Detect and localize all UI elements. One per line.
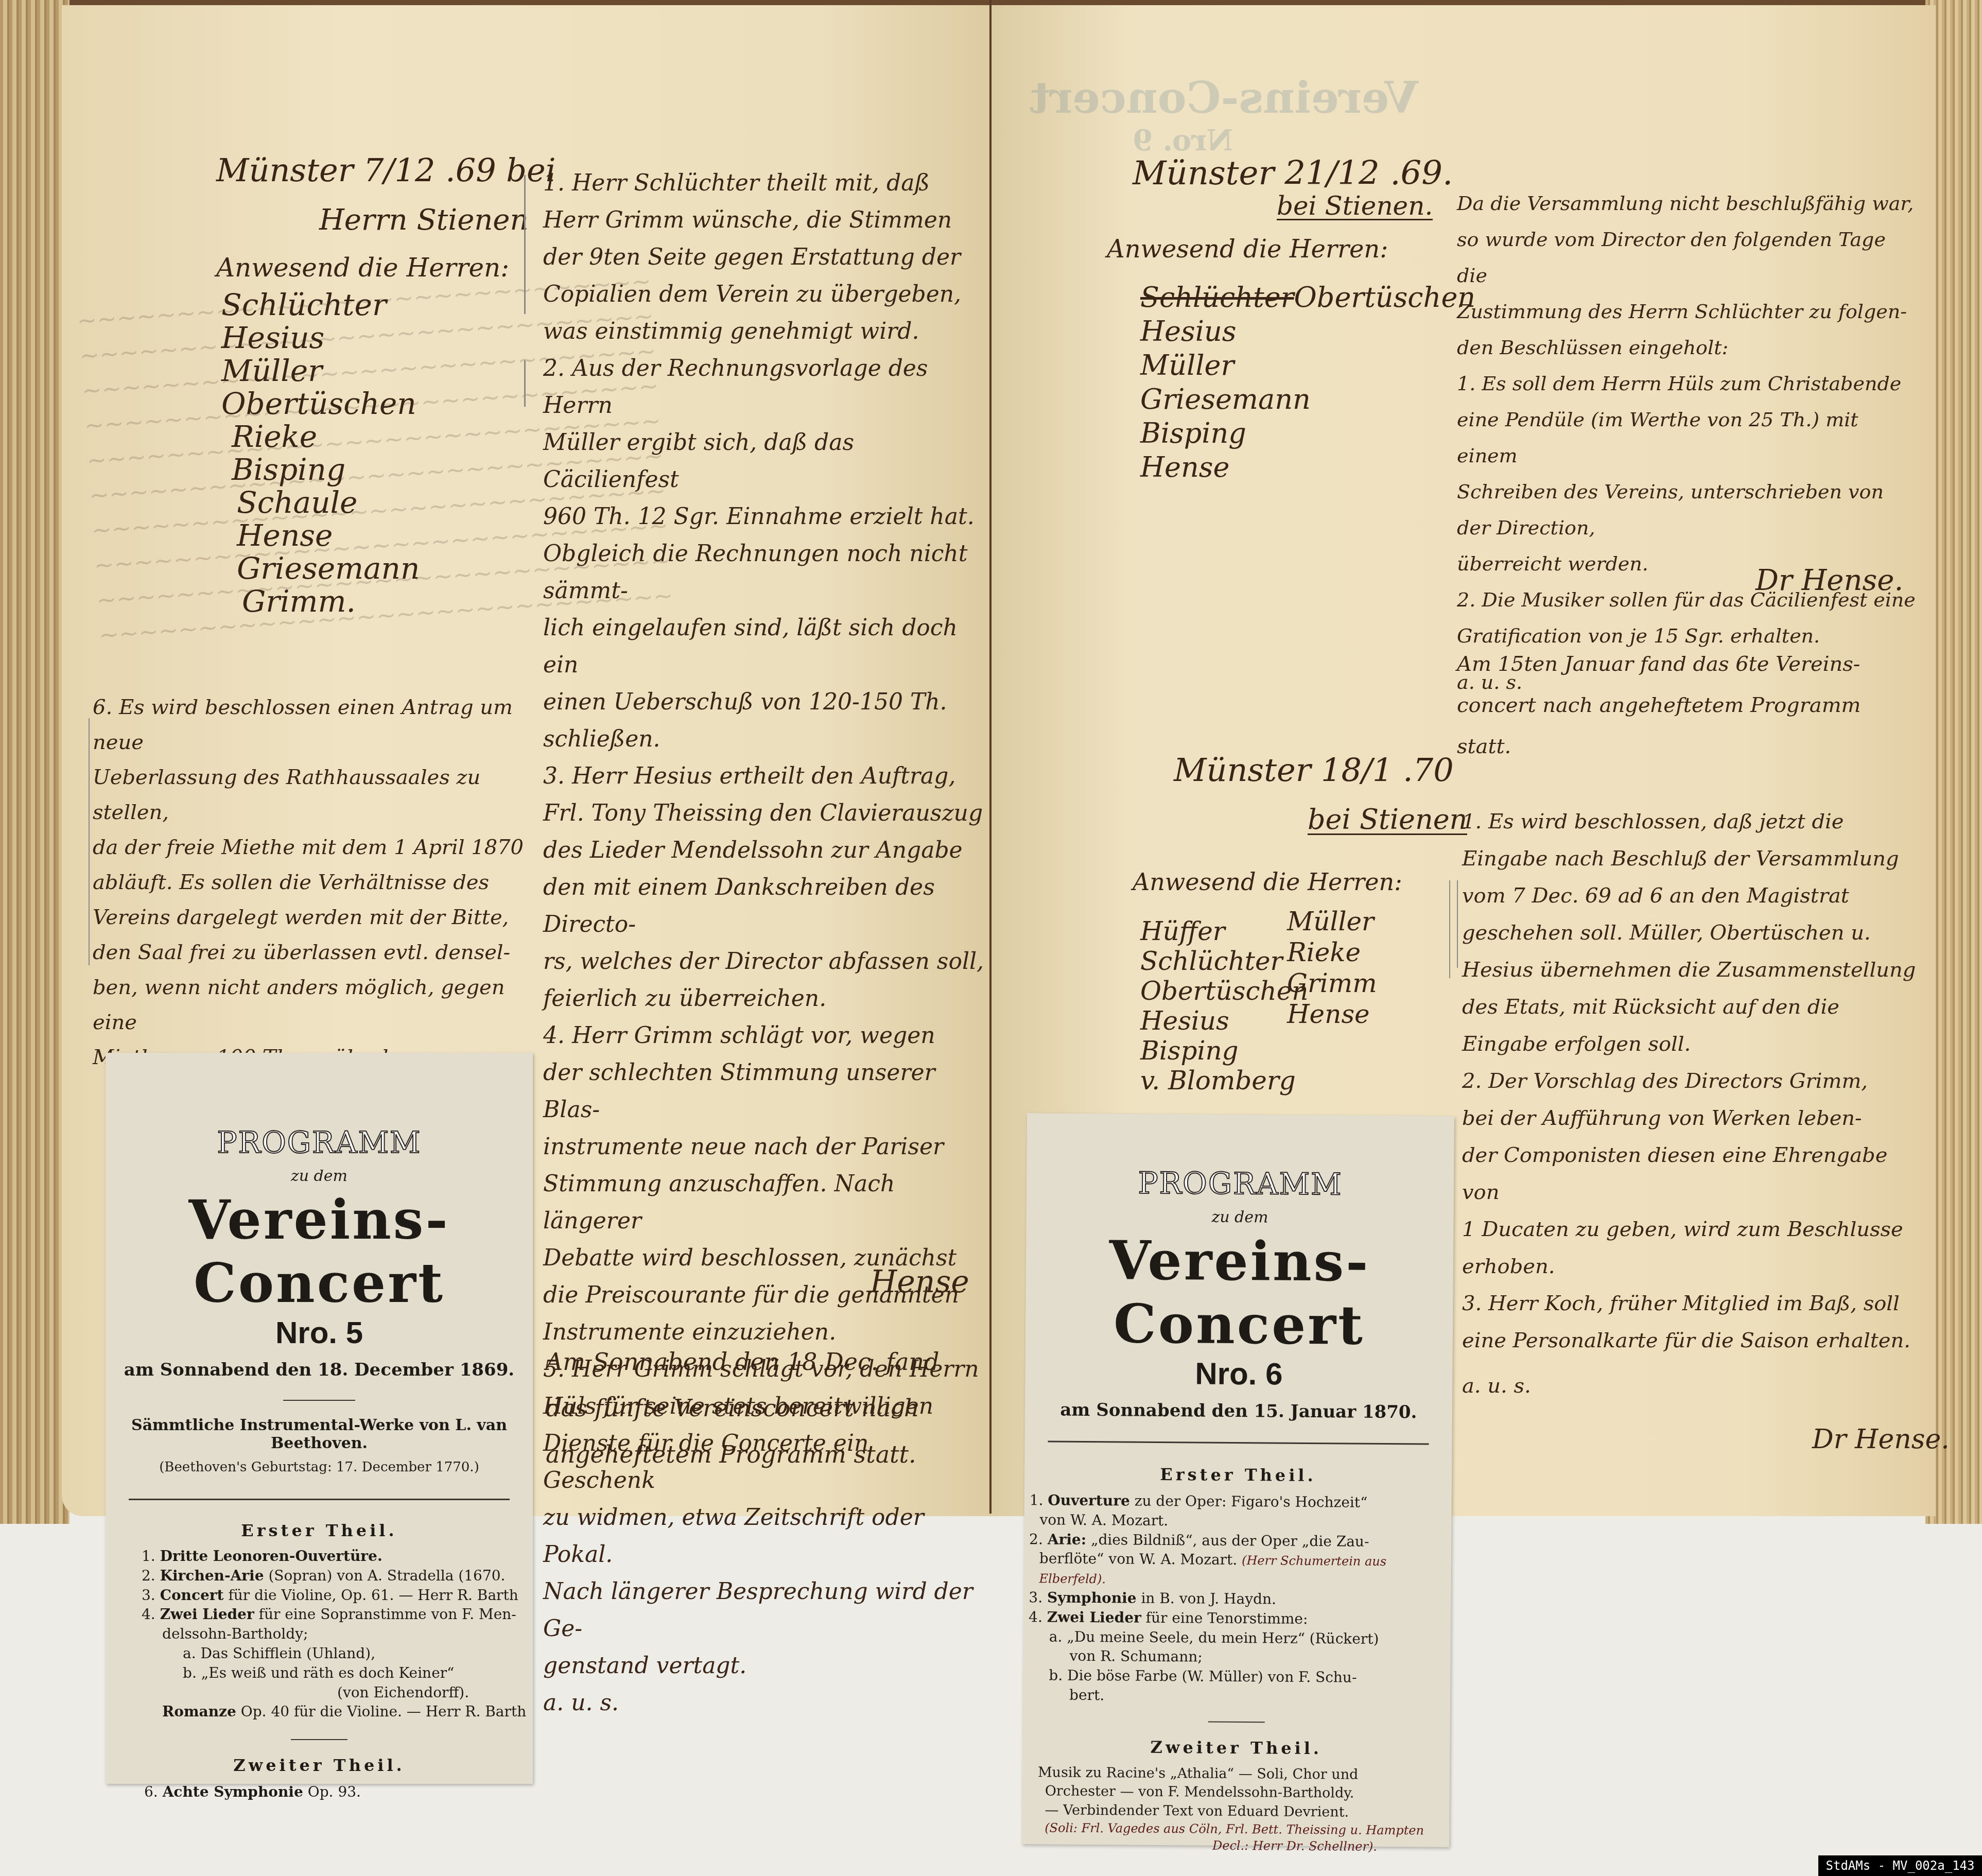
minutes-3-attendance-label: Anwesend die Herren: xyxy=(1133,870,1402,894)
programme-subheading: zu dem xyxy=(106,1167,533,1185)
programme-item: bert. xyxy=(1028,1685,1450,1708)
minutes-line: Frl. Tony Theissing den Clavierauszug xyxy=(543,795,986,832)
attendee: Grimm xyxy=(1287,968,1377,999)
minutes-line: so wurde vom Director den folgenden Tage… xyxy=(1457,221,1920,293)
minutes-2-heading: Münster 21/12 .69. xyxy=(1133,157,1453,190)
minutes-3-text: 1. Es wird beschlossen, daß jetzt die Ei… xyxy=(1462,803,1925,1404)
attendee: Grimm. xyxy=(221,585,420,618)
minutes-line: den mit einem Dankschreiben des Directo- xyxy=(543,869,986,943)
minutes-line: Am Sonnabend den 18 Dec. fand xyxy=(546,1339,988,1385)
divider xyxy=(1048,1440,1429,1445)
minutes-line: erhoben. xyxy=(1462,1248,1925,1285)
minutes-line: geschehen soll. Müller, Obertüschen u. xyxy=(1462,914,1925,951)
minutes-1-attendance-label: Anwesend die Herren: xyxy=(216,255,509,281)
minutes-line: Herr Grimm wünsche, die Stimmen xyxy=(543,202,986,239)
programme-date: am Sonnabend den 18. December 1869. xyxy=(106,1360,533,1380)
programme-item: a. „Du meine Seele, du mein Herz“ (Rücke… xyxy=(1029,1627,1451,1649)
attendee: Hesius xyxy=(1140,1006,1308,1036)
minutes-line: Stimmung anzuschaffen. Nach längerer xyxy=(543,1166,986,1240)
minutes-line: 2. Der Vorschlag des Directors Grimm, xyxy=(1462,1063,1925,1100)
minutes-line: a. u. s. xyxy=(543,1684,986,1722)
minutes-line: Hesius übernehmen die Zusammenstellung xyxy=(1462,951,1925,988)
attendee: Müller xyxy=(1140,349,1475,383)
minutes-line: Da die Versammlung nicht beschlußfähig w… xyxy=(1457,185,1920,221)
minutes-line: 2. Aus der Rechnungsvorlage des Herrn xyxy=(543,350,986,424)
attendee: Hense xyxy=(1287,999,1377,1030)
minutes-line: Müller ergibt sich, daß das Cäcilienfest xyxy=(543,424,986,498)
handwritten-annotation: Decl.: Herr Dr. Schellner). xyxy=(1037,1836,1449,1856)
minutes-line: da der freie Miethe mit dem 1 April 1870 xyxy=(93,830,535,865)
minutes-line: concert nach angeheftetem Programm statt… xyxy=(1457,685,1920,767)
programme-title: Vereins-Concert xyxy=(106,1188,533,1315)
programme-item: Orchester — von F. Mendelssohn-Bartholdy… xyxy=(1038,1782,1450,1804)
minutes-3-signature: Dr Hense. xyxy=(1812,1426,1950,1453)
attendee: Müller xyxy=(221,354,420,387)
minutes-line: 1. Herr Schlüchter theilt mit, daß xyxy=(543,165,986,202)
programme-item: 3. Symphonie in B. von J. Haydn. xyxy=(1029,1588,1451,1610)
archive-label: StdAMs - MV_002a_143 xyxy=(1818,1855,1982,1876)
attendee: Hesius xyxy=(221,321,420,354)
pencil-margin-mark xyxy=(1449,880,1450,978)
minutes-line: 6. Es wird beschlossen einen Antrag um n… xyxy=(93,690,535,760)
divider xyxy=(291,1739,347,1740)
programme-concert-6: PROGRAMM zu dem Vereins-Concert Nro. 6 a… xyxy=(1022,1113,1454,1847)
pencil-margin-mark xyxy=(1457,880,1458,968)
attendee: Bisping xyxy=(221,453,420,486)
programme-item: 6. Achte Symphonie Op. 93. xyxy=(144,1782,533,1802)
ghost-print-number: Nro. 9 xyxy=(1133,124,1233,158)
minutes-line: vom 7 Dec. 69 ad 6 an den Magistrat xyxy=(1462,877,1925,914)
programme-note: (Beethoven's Geburtstag: 17. December 17… xyxy=(106,1460,533,1475)
attendee: Hense xyxy=(221,519,420,552)
concert-5-note: Am Sonnabend den 18 Dec. fand das fünfte… xyxy=(546,1339,988,1478)
programme-item: von W. A. Mozart. xyxy=(1029,1510,1451,1533)
programme-item: von R. Schumann; xyxy=(1028,1646,1450,1669)
minutes-line: Copialien dem Verein zu übergeben, xyxy=(543,276,986,313)
attendee: Rieke xyxy=(221,420,420,453)
minutes-line: der 9ten Seite gegen Erstattung der xyxy=(543,239,986,276)
minutes-1-attendees: Schlüchter Hesius Müller Obertüschen Rie… xyxy=(221,288,420,618)
programme-item: 4. Zwei Lieder für eine Sopranstimme von… xyxy=(142,1605,533,1624)
attendee: Schaule xyxy=(221,486,420,519)
minutes-1-items: 1. Herr Schlüchter theilt mit, daß Herr … xyxy=(543,165,986,1722)
divider xyxy=(129,1499,510,1500)
minutes-1-venue: Herrn Stienen xyxy=(319,206,529,235)
minutes-1-item-6: 6. Es wird beschlossen einen Antrag um n… xyxy=(93,690,535,1075)
minutes-line: 1 Ducaten zu geben, wird zum Beschlusse xyxy=(1462,1211,1925,1248)
book-gutter xyxy=(989,0,992,1514)
minutes-3-attendees-col2: Müller Rieke Grimm Hense xyxy=(1287,906,1377,1030)
attendee: Griesemann xyxy=(221,552,420,585)
programme-item: (von Eichendorff). xyxy=(142,1683,533,1703)
minutes-line: feierlich zu überreichen. xyxy=(543,980,986,1017)
minutes-line: eine Personalkarte für die Saison erhalt… xyxy=(1462,1322,1925,1359)
minutes-line: den Beschlüssen eingeholt: xyxy=(1457,329,1920,366)
minutes-3-heading: Münster 18/1 .70 xyxy=(1174,754,1454,786)
attendee: Bisping xyxy=(1140,416,1475,450)
ghost-print-title: Vereins-Concert xyxy=(1030,72,1418,123)
concert-6-note: Am 15ten Januar fand das 6te Vereins- co… xyxy=(1457,644,1920,767)
minutes-2-text: Da die Versammlung nicht beschlußfähig w… xyxy=(1457,185,1920,700)
part-1-title: Erster Theil. xyxy=(106,1521,533,1540)
programme-item: 4. Zwei Lieder für eine Tenorstimme: xyxy=(1029,1607,1451,1630)
part-2-title: Zweiter Theil. xyxy=(106,1756,533,1775)
attendee: v. Blomberg xyxy=(1140,1066,1308,1096)
programme-item: 2. Arie: „dies Bildniß“, aus der Oper „d… xyxy=(1029,1530,1451,1552)
minutes-line: des Etats, mit Rücksicht auf den die xyxy=(1462,988,1925,1026)
book-page-edges-left xyxy=(0,0,69,1524)
minutes-line: Nach längerer Besprechung wird der Ge- xyxy=(543,1573,986,1647)
minutes-line: der Componisten diesen eine Ehrengabe vo… xyxy=(1462,1137,1925,1211)
minutes-line: a. u. s. xyxy=(1462,1367,1925,1404)
minutes-line: lich eingelaufen sind, läßt sich doch ei… xyxy=(543,610,986,684)
divider xyxy=(283,1400,355,1401)
minutes-line: einen Ueberschuß von 120-150 Th. schließ… xyxy=(543,684,986,758)
attendee: Griesemann xyxy=(1140,383,1475,416)
minutes-2-venue: bei Stienen. xyxy=(1277,193,1433,220)
part-2-title: Zweiter Theil. xyxy=(1022,1736,1450,1759)
attendee: Hense xyxy=(1140,450,1475,484)
minutes-line: 3. Herr Hesius ertheilt den Auftrag, xyxy=(543,758,986,795)
minutes-line: das fünfte Vereinsconcert nach xyxy=(546,1385,988,1431)
minutes-2-signature: Dr Hense. xyxy=(1755,566,1903,595)
minutes-line: 1. Es soll dem Herrn Hüls zum Christaben… xyxy=(1457,366,1920,402)
minutes-line: was einstimmig genehmigt wird. xyxy=(543,313,986,350)
programme-item: 1. Dritte Leonoren-Ouvertüre. xyxy=(142,1547,533,1566)
attendee: Hüffer xyxy=(1140,916,1308,946)
divider xyxy=(1208,1721,1265,1723)
part-1-title: Erster Theil. xyxy=(1024,1464,1452,1486)
part-2-items: 6. Achte Symphonie Op. 93. xyxy=(106,1782,533,1802)
minutes-line: 3. Herr Koch, früher Mitglied im Baß, so… xyxy=(1462,1285,1925,1322)
handwritten-annotation: (Soli: Frl. Vagedes aus Cöln, Frl. Bett.… xyxy=(1037,1819,1449,1839)
minutes-line: Schreiben des Vereins, unterschrieben vo… xyxy=(1457,474,1920,546)
part-2-items: Musik zu Racine's „Athalia“ — Soli, Chor… xyxy=(1022,1763,1450,1856)
programme-item: delssohn-Bartholdy; xyxy=(142,1624,533,1644)
programme-date: am Sonnabend den 15. Januar 1870. xyxy=(1025,1399,1452,1423)
minutes-line: Eingabe nach Beschluß der Versammlung xyxy=(1462,840,1925,877)
programme-item: Musik zu Racine's „Athalia“ — Soli, Chor… xyxy=(1038,1763,1450,1785)
programme-item: a. Das Schifflein (Uhland), xyxy=(142,1644,533,1663)
pencil-margin-mark xyxy=(524,175,526,314)
minutes-line: eine Pendüle (im Werthe von 25 Th.) mit … xyxy=(1457,402,1920,474)
minutes-2-attendees: SchlüchterObertüschen Hesius Müller Grie… xyxy=(1140,281,1475,484)
programme-item: b. „Es weiß und räth es doch Keiner“ xyxy=(142,1663,533,1683)
attendee: Schlüchter xyxy=(1140,946,1308,976)
minutes-line: 1. Es wird beschlossen, daß jetzt die xyxy=(1462,803,1925,840)
minutes-line: Ueberlassung des Rathhaussaales zu stell… xyxy=(93,760,535,830)
minutes-line: angeheftetem Programm statt. xyxy=(546,1431,988,1478)
minutes-line: Vereins dargelegt werden mit der Bitte, xyxy=(93,900,535,935)
minutes-line: Obgleich die Rechnungen noch nicht sämmt… xyxy=(543,535,986,610)
minutes-line: 4. Herr Grimm schlägt vor, wegen xyxy=(543,1017,986,1054)
attendee: Rieke xyxy=(1287,937,1377,968)
minutes-line: Zustimmung des Herrn Schlüchter zu folge… xyxy=(1457,293,1920,329)
minutes-line: Eingabe erfolgen soll. xyxy=(1462,1026,1925,1063)
programme-heading: PROGRAMM xyxy=(1027,1165,1454,1203)
programme-number: Nro. 5 xyxy=(106,1315,533,1350)
minutes-line: instrumente neue nach der Pariser xyxy=(543,1128,986,1166)
programme-number: Nro. 6 xyxy=(1025,1354,1452,1393)
minutes-1-signature: Hense xyxy=(870,1266,969,1297)
programme-item: 2. Kirchen-Arie (Sopran) von A. Stradell… xyxy=(142,1566,533,1586)
programme-subtitle: Sämmtliche Instrumental-Werke von L. van… xyxy=(106,1416,533,1452)
attendee: Schlüchter xyxy=(221,288,420,321)
minutes-line: Am 15ten Januar fand das 6te Vereins- xyxy=(1457,644,1920,685)
minutes-line: abläuft. Es sollen die Verhältnisse des xyxy=(93,865,535,900)
programme-item: berflöte“ von W. A. Mozart. (Herr Schume… xyxy=(1029,1549,1452,1591)
minutes-2-attendance-label: Anwesend die Herren: xyxy=(1107,237,1388,262)
minutes-line: des Lieder Mendelssohn zur Angabe xyxy=(543,832,986,869)
minutes-3-venue: bei Stienen xyxy=(1308,806,1467,835)
minutes-line: genstand vertagt. xyxy=(543,1647,986,1684)
part-1-items: 1. Ouverture zu der Oper: Figaro's Hochz… xyxy=(1023,1490,1452,1708)
programme-heading: PROGRAMM xyxy=(106,1125,533,1160)
programme-title: Vereins-Concert xyxy=(1025,1228,1454,1358)
minutes-line: zu widmen, etwa Zeitschrift oder Pokal. xyxy=(543,1499,986,1573)
minutes-line: der schlechten Stimmung unserer Blas- xyxy=(543,1054,986,1128)
attendee: Hesius xyxy=(1140,315,1475,349)
minutes-3-attendees-col1: Hüffer Schlüchter Obertüschen Hesius Bis… xyxy=(1140,916,1308,1096)
minutes-line: ben, wenn nicht anders möglich, gegen ei… xyxy=(93,970,535,1040)
minutes-line: rs, welches der Director abfassen soll, xyxy=(543,943,986,980)
attendee: Obertüschen xyxy=(221,387,420,420)
part-1-items: 1. Dritte Leonoren-Ouvertüre. 2. Kirchen… xyxy=(106,1547,533,1722)
minutes-line: bei der Aufführung von Werken leben- xyxy=(1462,1100,1925,1137)
programme-item: b. Die böse Farbe (W. Müller) von F. Sch… xyxy=(1028,1665,1450,1688)
programme-item: — Verbindender Text von Eduard Devrient. xyxy=(1037,1801,1449,1822)
programme-item: 3. Concert für die Violine, Op. 61. — He… xyxy=(142,1586,533,1605)
pencil-margin-mark xyxy=(524,360,526,407)
attendee: Müller xyxy=(1287,906,1377,937)
programme-concert-5: PROGRAMM zu dem Vereins-Concert Nro. 5 a… xyxy=(106,1053,533,1784)
attendee: Obertüschen xyxy=(1140,976,1308,1006)
programme-item: 1. Ouverture zu der Oper: Figaro's Hochz… xyxy=(1030,1490,1452,1513)
attendee: SchlüchterObertüschen xyxy=(1140,281,1475,315)
minutes-line: 960 Th. 12 Sgr. Einnahme erzielt hat. xyxy=(543,498,986,535)
programme-item: Romanze Op. 40 für die Violine. — Herr R… xyxy=(142,1702,533,1722)
programme-subheading: zu dem xyxy=(1026,1207,1453,1228)
attendee: Bisping xyxy=(1140,1036,1308,1066)
minutes-1-heading: Münster 7/12 .69 bei xyxy=(216,154,556,186)
pencil-margin-line xyxy=(89,718,90,965)
minutes-line: den Saal frei zu überlassen evtl. densel… xyxy=(93,935,535,970)
